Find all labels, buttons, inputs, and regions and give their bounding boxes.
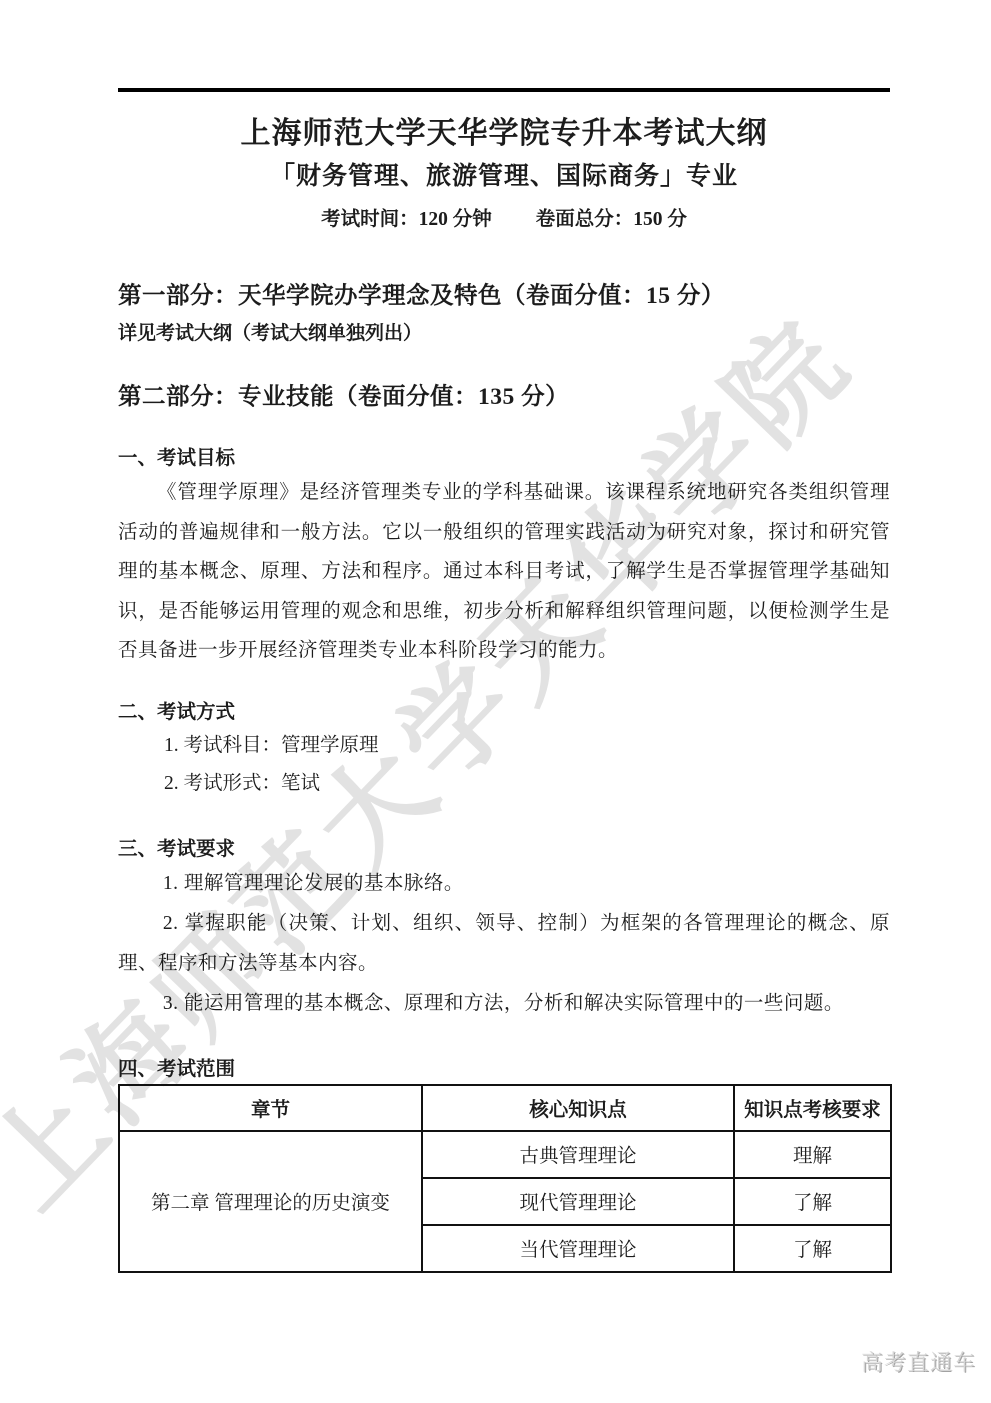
section-scope-heading: 四、考试范围 — [118, 1058, 890, 1082]
method-item: 1. 考试科目：管理学原理 — [118, 727, 890, 765]
part2-heading: 第二部分：专业技能（卷面分值：135 分） — [118, 382, 890, 413]
section-method-heading: 二、考试方式 — [118, 701, 890, 725]
requirement-cell: 理解 — [734, 1131, 891, 1178]
table-header-requirement: 知识点考核要求 — [734, 1085, 891, 1131]
exam-time-label: 考试时间：120 分钟 — [321, 209, 492, 230]
table-header-chapter: 章节 — [119, 1085, 422, 1131]
knowledge-cell: 当代管理理论 — [422, 1225, 734, 1272]
exam-meta-line: 考试时间：120 分钟卷面总分：150 分 — [118, 207, 890, 233]
knowledge-cell: 古典管理理论 — [422, 1131, 734, 1178]
section-requirements-heading: 三、考试要求 — [118, 838, 890, 862]
requirement-item: 2. 掌握职能（决策、计划、组织、领导、控制）为框架的各管理理论的概念、原理、程… — [118, 904, 890, 984]
footer-brand: 高考直通车 — [861, 1346, 976, 1377]
table-header-knowledge: 核心知识点 — [422, 1085, 734, 1131]
part1-note: 详见考试大纲（考试大纲单独列出） — [118, 322, 890, 346]
requirement-item: 3. 能运用管理的基本概念、原理和方法，分析和解决实际管理中的一些问题。 — [118, 984, 890, 1024]
total-score-label: 卷面总分：150 分 — [536, 209, 687, 230]
chapter-cell: 第二章 管理理论的历史演变 — [119, 1131, 422, 1272]
method-item: 2. 考试形式：笔试 — [118, 765, 890, 803]
document-subtitle: 「财务管理、旅游管理、国际商务」专业 — [118, 160, 890, 193]
requirement-item: 1. 理解管理理论发展的基本脉络。 — [118, 864, 890, 904]
top-rule-divider — [118, 88, 890, 92]
table-row: 第二章 管理理论的历史演变 古典管理理论 理解 — [119, 1131, 891, 1178]
knowledge-cell: 现代管理理论 — [422, 1178, 734, 1225]
scope-table: 章节 核心知识点 知识点考核要求 第二章 管理理论的历史演变 古典管理理论 理解… — [118, 1084, 892, 1273]
part1-heading: 第一部分：天华学院办学理念及特色（卷面分值：15 分） — [118, 281, 890, 312]
requirement-cell: 了解 — [734, 1225, 891, 1272]
table-header-row: 章节 核心知识点 知识点考核要求 — [119, 1085, 891, 1131]
document-title: 上海师范大学天华学院专升本考试大纲 — [118, 114, 890, 154]
section-objective-heading: 一、考试目标 — [118, 447, 890, 471]
requirement-cell: 了解 — [734, 1178, 891, 1225]
section-requirements-items: 1. 理解管理理论发展的基本脉络。 2. 掌握职能（决策、计划、组织、领导、控制… — [118, 864, 890, 1024]
document-content: 上海师范大学天华学院专升本考试大纲 「财务管理、旅游管理、国际商务」专业 考试时… — [118, 88, 890, 1273]
section-method-items: 1. 考试科目：管理学原理 2. 考试形式：笔试 — [118, 727, 890, 803]
section-objective-body: 《管理学原理》是经济管理类专业的学科基础课。该课程系统地研究各类组织管理活动的普… — [118, 473, 890, 671]
document-page: 上海师范大学天华学院 上海师范大学天华学院专升本考试大纲 「财务管理、旅游管理、… — [0, 0, 991, 1403]
